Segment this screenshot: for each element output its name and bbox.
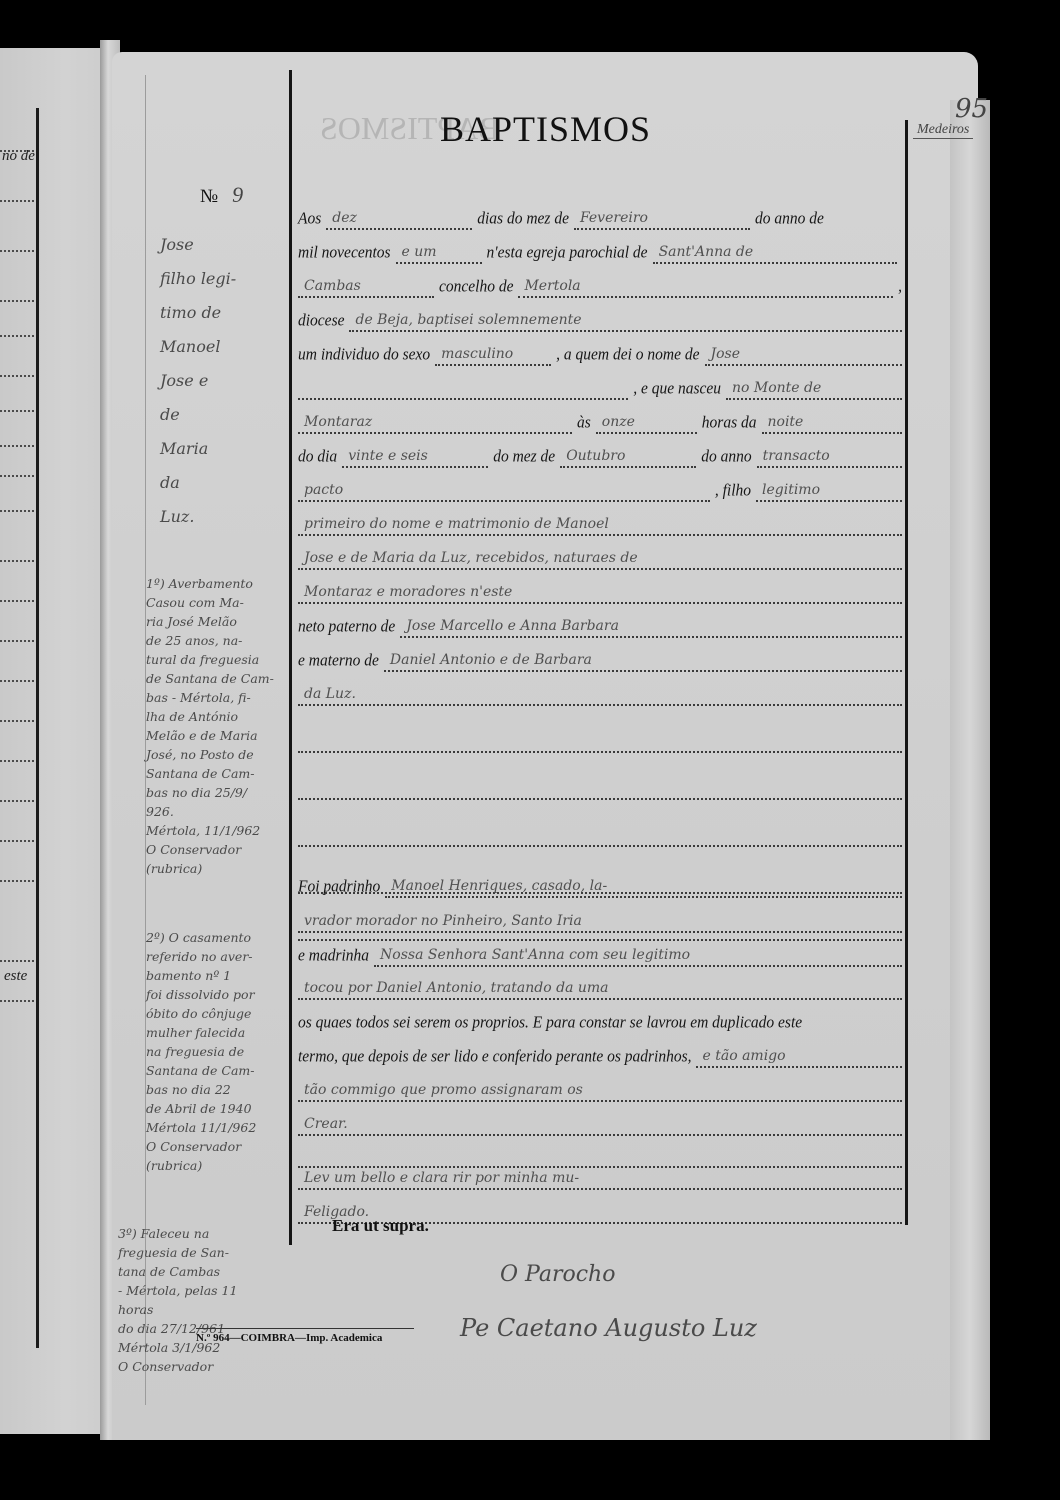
margin-name-line: filho legi- bbox=[160, 262, 300, 296]
handwritten-field: Outubro bbox=[560, 438, 696, 468]
entry-number-value: 9 bbox=[232, 182, 243, 207]
handwritten-field: Montaraz e moradores n'este bbox=[298, 574, 902, 604]
annotation-line: José, no Posto de bbox=[146, 745, 286, 764]
form-line: do diavinte e seisdo mez deOutubrodo ann… bbox=[298, 434, 902, 468]
printed-label: Aos bbox=[298, 209, 321, 231]
handwritten-field: Jose e de Maria da Luz, recebidos, natur… bbox=[298, 540, 902, 570]
left-page-dotted-line bbox=[0, 250, 34, 252]
form-line bbox=[298, 813, 902, 847]
printed-label: horas da bbox=[702, 413, 757, 435]
left-page-dotted-line bbox=[0, 510, 34, 512]
handwritten-field: Manoel Henriques, casado, la- bbox=[385, 868, 902, 898]
annotation-line: Mértola, 11/1/962 bbox=[146, 821, 286, 840]
form-line: neto paterno deJose Marcello e Anna Barb… bbox=[298, 604, 902, 638]
annotation-line: tana de Cambas bbox=[118, 1262, 258, 1281]
printed-label: do dia bbox=[298, 447, 337, 469]
handwritten-field: Lev um bello e clara rir por minha mu- bbox=[298, 1160, 902, 1190]
printed-label: mil novecentos bbox=[298, 243, 391, 265]
annotation-line: lha de António bbox=[146, 707, 286, 726]
annotation-line: freguesia de San- bbox=[118, 1243, 258, 1262]
printed-label: concelho de bbox=[439, 277, 513, 299]
form-line: primeiro do nome e matrimonio de Manoel bbox=[298, 502, 902, 536]
left-page-dotted-line bbox=[0, 680, 34, 682]
left-page-fragment: este bbox=[4, 968, 27, 985]
form-line: Jose e de Maria da Luz, recebidos, natur… bbox=[298, 536, 902, 570]
form-line: Lev um bello e clara rir por minha mu- bbox=[298, 1156, 902, 1190]
handwritten-field: onze bbox=[596, 404, 697, 434]
handwritten-field: e tão amigo bbox=[696, 1038, 902, 1068]
left-page-dotted-line bbox=[0, 475, 34, 477]
left-page-dotted-line bbox=[0, 445, 34, 447]
printed-label: , filho bbox=[715, 481, 751, 503]
left-page-rule bbox=[36, 108, 39, 1348]
annotation-line: 1º) Averbamento bbox=[146, 574, 286, 593]
handwritten-field: no Monte de bbox=[726, 370, 902, 400]
annotation-line: bas no dia 22 bbox=[146, 1080, 286, 1099]
entry-number-label: № bbox=[200, 186, 218, 207]
annotation-line: - Mértola, pelas 11 bbox=[118, 1281, 258, 1300]
annotation-line: ria José Melão bbox=[146, 612, 286, 631]
annotation-line: tural da freguesia bbox=[146, 650, 286, 669]
annotation-line: de Santana de Cam- bbox=[146, 669, 286, 688]
printed-label: dias do mez de bbox=[477, 209, 569, 231]
handwritten-field: vinte e seis bbox=[342, 438, 488, 468]
left-page-dotted-line bbox=[0, 800, 34, 802]
left-page-dotted-line bbox=[0, 760, 34, 762]
annotation-line: óbito do cônjuge bbox=[146, 1004, 286, 1023]
printed-label: às bbox=[577, 413, 591, 435]
margin-name-line: da bbox=[160, 466, 300, 500]
annotation-line: referido no aver- bbox=[146, 947, 286, 966]
margin-name-line: Manoel bbox=[160, 330, 300, 364]
handwritten-field: Jose bbox=[705, 336, 902, 366]
form-line: diocesede Beja, baptisei solemnemente bbox=[298, 298, 902, 332]
handwritten-field: da Luz. bbox=[298, 676, 902, 706]
right-border-line bbox=[905, 120, 908, 1225]
form-line: um individuo do sexomasculino, a quem de… bbox=[298, 332, 902, 366]
printed-label: termo, que depois de ser lido e conferid… bbox=[298, 1047, 691, 1069]
printed-label: diocese bbox=[298, 311, 344, 333]
annotation-line: horas bbox=[118, 1300, 258, 1319]
handwritten-field: de Beja, baptisei solemnemente bbox=[349, 302, 902, 332]
form-line: os quaes todos sei serem os proprios. E … bbox=[298, 1000, 902, 1034]
handwritten-field bbox=[298, 817, 902, 847]
margin-name-line: Luz. bbox=[160, 500, 300, 534]
form-line: Cambasconcelho deMertola, bbox=[298, 264, 902, 298]
handwritten-field: vrador morador no Pinheiro, Santo Iria bbox=[298, 903, 902, 933]
marginal-annotation: 1º) AverbamentoCasou com Ma-ria José Mel… bbox=[146, 574, 286, 878]
printed-label: neto paterno de bbox=[298, 617, 395, 639]
margin-name-line: de bbox=[160, 398, 300, 432]
form-line bbox=[298, 719, 902, 753]
annotation-line: (rubrica) bbox=[146, 1156, 286, 1175]
closing-formula: Era ut supra. bbox=[332, 1216, 429, 1236]
handwritten-field: noite bbox=[762, 404, 903, 434]
left-page-dotted-line bbox=[0, 335, 34, 337]
handwritten-field: pacto bbox=[298, 472, 710, 502]
form-line: da Luz. bbox=[298, 672, 902, 706]
annotation-line: 2º) O casamento bbox=[146, 928, 286, 947]
left-page-dotted-line bbox=[0, 410, 34, 412]
printed-label: , e que nasceu bbox=[633, 379, 721, 401]
annotation-line: Santana de Cam- bbox=[146, 764, 286, 783]
form-line: e madrinhaNossa Senhora Sant'Anna com se… bbox=[298, 933, 902, 967]
handwritten-field: tão commigo que promo assignaram os bbox=[298, 1072, 902, 1102]
handwritten-field: Fevereiro bbox=[574, 200, 750, 230]
form-line: pacto, filholegitimo bbox=[298, 468, 902, 502]
printer-imprint: N.º 964—COIMBRA—Imp. Academica bbox=[196, 1332, 382, 1344]
handwritten-field: tocou por Daniel Antonio, tratando da um… bbox=[298, 970, 902, 1000]
printed-label: os quaes todos sei serem os proprios. E … bbox=[298, 1013, 802, 1035]
form-line: tão commigo que promo assignaram os bbox=[298, 1068, 902, 1102]
handwritten-field: transacto bbox=[757, 438, 902, 468]
annotation-line: O Conservador bbox=[146, 840, 286, 859]
annotation-line: de 25 anos, na- bbox=[146, 631, 286, 650]
handwritten-field: masculino bbox=[435, 336, 551, 366]
corner-annotation: Medeiros bbox=[913, 122, 973, 139]
left-page-dotted-line bbox=[0, 300, 34, 302]
handwritten-field: legitimo bbox=[756, 472, 902, 502]
form-line: termo, que depois de ser lido e conferid… bbox=[298, 1034, 902, 1068]
annotation-line: (rubrica) bbox=[146, 859, 286, 878]
footer-rule bbox=[196, 1328, 414, 1329]
margin-name-line: timo de bbox=[160, 296, 300, 330]
form-line: vrador morador no Pinheiro, Santo Iria bbox=[298, 899, 902, 933]
form-line: Foi padrinhoManoel Henriques, casado, la… bbox=[298, 864, 902, 898]
annotation-line: O Conservador bbox=[146, 1137, 286, 1156]
handwritten-field: Montaraz bbox=[298, 404, 572, 434]
signature-name: Pe Caetano Augusto Luz bbox=[460, 1314, 757, 1342]
handwritten-field: dez bbox=[326, 200, 472, 230]
annotation-line: 3º) Faleceu na bbox=[118, 1224, 258, 1243]
left-page-dotted-line bbox=[0, 1000, 34, 1002]
printed-label: , bbox=[898, 277, 902, 299]
page-title: BAPTISMOS bbox=[440, 108, 651, 150]
annotation-line: foi dissolvido por bbox=[146, 985, 286, 1004]
form-line: tocou por Daniel Antonio, tratando da um… bbox=[298, 966, 902, 1000]
marginal-annotation: 2º) O casamentoreferido no aver-bamento … bbox=[146, 928, 286, 1175]
handwritten-field bbox=[298, 370, 628, 400]
left-page-dotted-line bbox=[0, 560, 34, 562]
printed-label: um individuo do sexo bbox=[298, 345, 430, 367]
previous-page-edge: no de este bbox=[0, 48, 108, 1434]
left-page-dotted-line bbox=[0, 720, 34, 722]
form-line: mil novecentose umn'esta egreja parochia… bbox=[298, 230, 902, 264]
annotation-line: 926. bbox=[146, 802, 286, 821]
handwritten-field: Nossa Senhora Sant'Anna com seu legitimo bbox=[374, 937, 902, 967]
handwritten-field: Jose Marcello e Anna Barbara bbox=[400, 608, 902, 638]
annotation-line: bas - Mértola, fi- bbox=[146, 688, 286, 707]
form-line: Aosdezdias do mez deFevereirodo anno de bbox=[298, 196, 902, 230]
handwritten-field: Sant'Anna de bbox=[653, 234, 897, 264]
form-line: , e que nasceuno Monte de bbox=[298, 366, 902, 400]
annotation-line: na freguesia de bbox=[146, 1042, 286, 1061]
annotation-line: Melão e de Maria bbox=[146, 726, 286, 745]
left-page-dotted-line bbox=[0, 200, 34, 202]
handwritten-field: Mertola bbox=[518, 268, 893, 298]
left-page-dotted-line bbox=[0, 880, 34, 882]
annotation-line: Casou com Ma- bbox=[146, 593, 286, 612]
margin-name-line: Maria bbox=[160, 432, 300, 466]
margin-name-line: Jose e bbox=[160, 364, 300, 398]
printed-label: do anno bbox=[701, 447, 751, 469]
handwritten-field bbox=[298, 770, 902, 800]
annotation-line: O Conservador bbox=[118, 1357, 258, 1376]
form-line: Montaraz e moradores n'este bbox=[298, 570, 902, 604]
annotation-line: bas no dia 25/9/ bbox=[146, 783, 286, 802]
annotation-line: de Abril de 1940 bbox=[146, 1099, 286, 1118]
page-number: 95 bbox=[955, 94, 988, 124]
handwritten-field: primeiro do nome e matrimonio de Manoel bbox=[298, 506, 902, 536]
handwritten-field: e um bbox=[396, 234, 482, 264]
handwritten-field bbox=[298, 723, 902, 753]
marginal-annotation: 3º) Faleceu nafreguesia de San-tana de C… bbox=[118, 1224, 258, 1376]
printed-label: , a quem dei o nome de bbox=[556, 345, 699, 367]
form-line: Montarazàsonzehoras danoite bbox=[298, 400, 902, 434]
printed-label: e materno de bbox=[298, 651, 379, 673]
annotation-line: bamento nº 1 bbox=[146, 966, 286, 985]
signature-title: O Parocho bbox=[500, 1262, 615, 1287]
margin-name-line: Jose bbox=[160, 228, 300, 262]
margin-child-name: Josefilho legi-timo deManoelJose edeMari… bbox=[160, 228, 300, 534]
form-line: e materno deDaniel Antonio e de Barbara bbox=[298, 638, 902, 672]
annotation-line: mulher falecida bbox=[146, 1023, 286, 1042]
left-page-dotted-line bbox=[0, 375, 34, 377]
handwritten-field: Cambas bbox=[298, 268, 434, 298]
printed-label: Foi padrinho bbox=[298, 877, 380, 899]
annotation-line: Santana de Cam- bbox=[146, 1061, 286, 1080]
printed-label: e madrinha bbox=[298, 946, 369, 968]
printed-label: do anno de bbox=[755, 209, 824, 231]
left-page-dotted-line bbox=[0, 840, 34, 842]
handwritten-field: Daniel Antonio e de Barbara bbox=[384, 642, 902, 672]
handwritten-field: Crear. bbox=[298, 1106, 902, 1136]
printed-label: do mez de bbox=[493, 447, 555, 469]
form-line: Crear. bbox=[298, 1102, 902, 1136]
left-page-dotted-line bbox=[0, 640, 34, 642]
printed-label: n'esta egreja parochial de bbox=[487, 243, 648, 265]
left-page-dotted-line bbox=[0, 150, 34, 152]
left-page-dotted-line bbox=[0, 600, 34, 602]
annotation-line: Mértola 11/1/962 bbox=[146, 1118, 286, 1137]
left-page-dotted-line bbox=[0, 960, 34, 962]
folded-page-edge bbox=[950, 100, 990, 1440]
entry-number: №9 bbox=[200, 182, 243, 208]
form-line bbox=[298, 766, 902, 800]
